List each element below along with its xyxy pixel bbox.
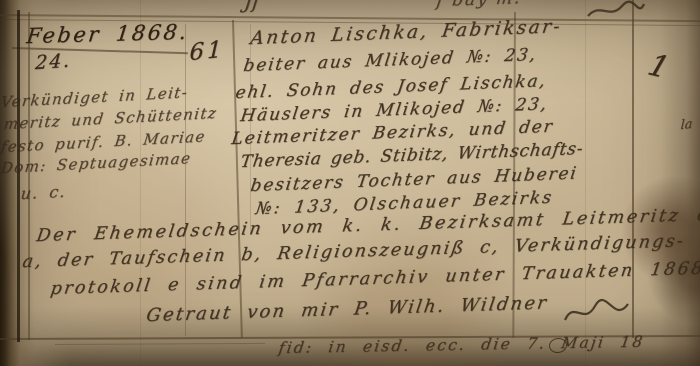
officiant-line: Getraut von mir P. Wilh. Wildner — [145, 292, 550, 326]
entry-line: beiter aus Mlikojed №: 23, — [242, 45, 538, 76]
binding-edge-rule-2 — [28, 12, 30, 340]
top-edge-fragment-left: Jſ — [243, 0, 261, 13]
paper-crease-left — [140, 0, 141, 366]
top-right-ink-flourish — [586, 0, 646, 22]
tally-count: 1 — [644, 48, 674, 86]
banns-line: u. c. — [20, 182, 68, 204]
row-rule-bottom-faint — [55, 343, 265, 345]
column-rule-4 — [632, 0, 634, 338]
entry-day: 24. — [34, 49, 72, 74]
entry-number: 61 — [189, 36, 225, 66]
register-page-photo: Jſ ſ bay m. Feber 1868. 24. 61 1 Verkünd… — [0, 0, 700, 366]
right-edge-fragment: la — [680, 117, 693, 133]
entry-date: Feber 1868. — [25, 20, 190, 48]
signature-flourish — [562, 296, 632, 330]
top-edge-fragment-middle: ſ bay m. — [435, 0, 523, 11]
